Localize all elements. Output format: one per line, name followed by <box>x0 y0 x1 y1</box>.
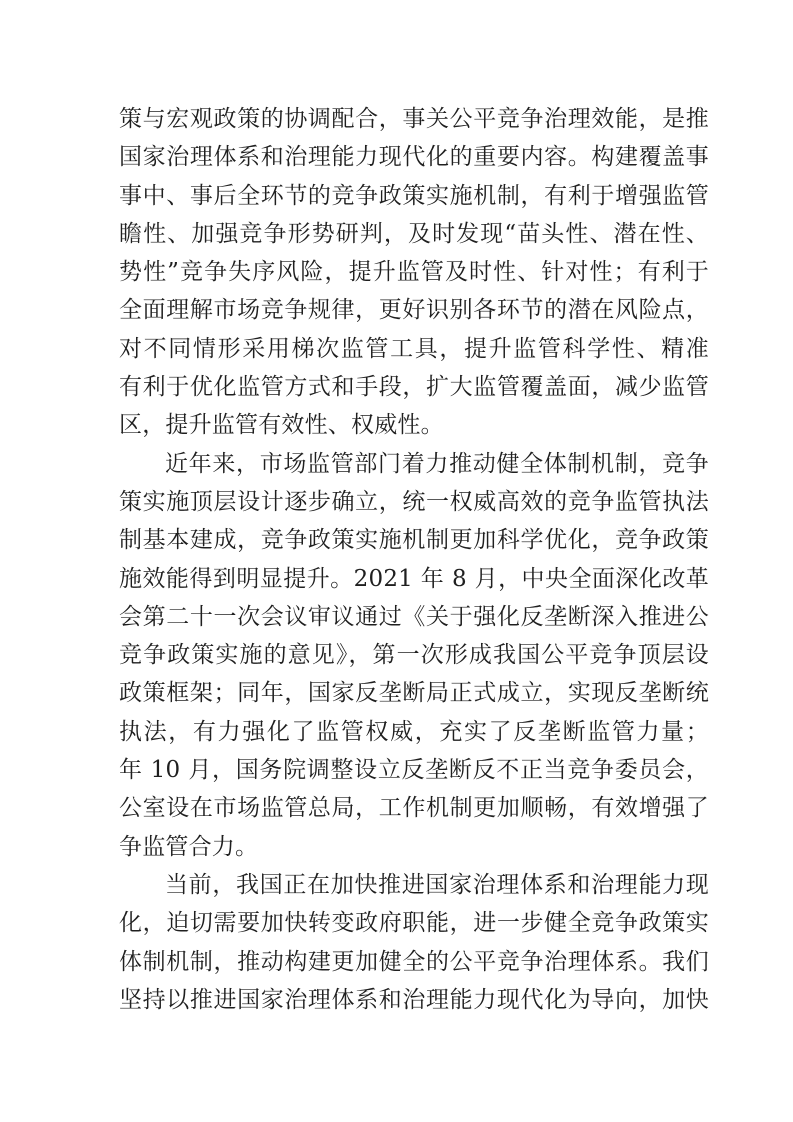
text-line: 公室设在市场监管总局，工作机制更加顺畅，有效增强了竞 <box>119 789 709 827</box>
text-line: 事中、事后全环节的竞争政策实施机制，有利于增强监管前 <box>119 177 709 215</box>
text-line: 竞争政策实施的意见》，第一次形成我国公平竞争顶层设计 <box>119 636 709 674</box>
text-line: 势性”竞争失序风险，提升监管及时性、针对性；有利于更 <box>119 253 709 291</box>
text-line: 策与宏观政策的协调配合，事关公平竞争治理效能，是推进 <box>119 100 709 138</box>
document-page: 策与宏观政策的协调配合，事关公平竞争治理效能，是推进 国家治理体系和治理能力现代… <box>0 0 793 1122</box>
text-line: 对不同情形采用梯次监管工具，提升监管科学性、精准性； <box>119 330 709 368</box>
text-line: 策实施顶层设计逐步确立，统一权威高效的竞争监管执法体 <box>119 483 709 521</box>
text-line: 全面理解市场竞争规律，更好识别各环节的潜在风险点，针 <box>119 291 709 329</box>
text-line-paragraph-end: 争监管合力。 <box>119 828 709 866</box>
text-line-paragraph-start: 当前，我国正在加快推进国家治理体系和治理能力现代 <box>119 866 709 904</box>
text-line-paragraph-start: 近年来，市场监管部门着力推动健全体制机制，竞争政 <box>119 445 709 483</box>
text-line: 政策框架；同年，国家反垄断局正式成立，实现反垄断统一 <box>119 674 709 712</box>
text-line: 制基本建成，竞争政策实施机制更加科学优化，竞争政策实 <box>119 521 709 559</box>
text-block: 策与宏观政策的协调配合，事关公平竞争治理效能，是推进 国家治理体系和治理能力现代… <box>119 100 709 1019</box>
text-line: 施效能得到明显提升。2021 年 8 月，中央全面深化改革委员 <box>119 560 709 598</box>
text-line: 会第二十一次会议审议通过《关于强化反垄断深入推进公平 <box>119 598 709 636</box>
text-line: 坚持以推进国家治理体系和治理能力现代化为导向，加快构 <box>119 981 709 1019</box>
text-line: 国家治理体系和治理能力现代化的重要内容。构建覆盖事前、 <box>119 138 709 176</box>
text-line-paragraph-end: 区，提升监管有效性、权威性。 <box>119 406 709 444</box>
text-line: 执法，有力强化了监管权威，充实了反垄断监管力量；2023 <box>119 713 709 751</box>
text-line: 化，迫切需要加快转变政府职能，进一步健全竞争政策实施 <box>119 904 709 942</box>
text-line: 有利于优化监管方式和手段，扩大监管覆盖面，减少监管盲 <box>119 368 709 406</box>
text-line: 瞻性、加强竞争形势研判，及时发现“苗头性、潜在性、趋 <box>119 215 709 253</box>
text-line: 年 10 月，国务院调整设立反垄断反不正当竞争委员会，办 <box>119 751 709 789</box>
text-line: 体制机制，推动构建更加健全的公平竞争治理体系。我们要 <box>119 943 709 981</box>
